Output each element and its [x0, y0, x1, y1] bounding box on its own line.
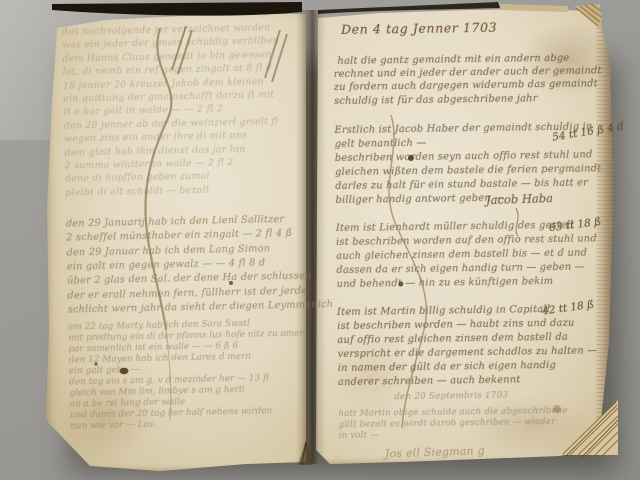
- pen-strokes: [0, 0, 640, 480]
- manuscript-photo: das nachvolgende jar verzaichnet wordenw…: [0, 0, 640, 480]
- ink-blot: [229, 281, 233, 285]
- double-slash-mark: [265, 30, 287, 82]
- double-slash-mark: [172, 26, 192, 74]
- ink-blot: [408, 155, 414, 161]
- cancellation-stroke: [145, 28, 171, 330]
- long-flourish-stroke: [389, 115, 426, 428]
- ink-blot: [94, 362, 97, 365]
- frayed-corner-top-right: [566, 0, 606, 36]
- ink-blot: [399, 282, 404, 287]
- gutter-bottom-fray: [294, 438, 328, 470]
- ink-blot: [120, 368, 129, 374]
- frayed-corner-bottom-right: [548, 390, 620, 462]
- signature-flourish: [516, 208, 518, 236]
